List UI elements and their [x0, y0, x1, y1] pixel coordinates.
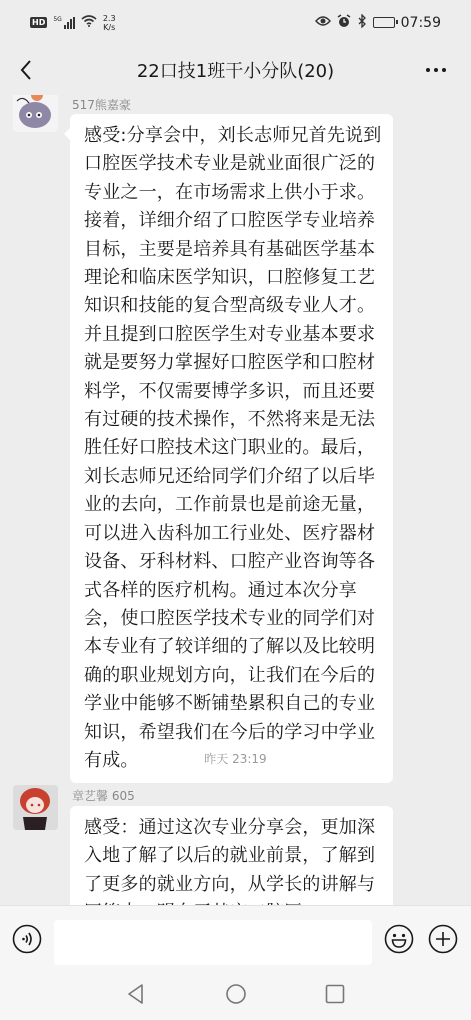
clock: 07:59: [401, 15, 441, 31]
input-bar: [0, 905, 471, 970]
plus-circle-icon: [428, 924, 458, 954]
message-bubble[interactable]: 感受:分享会中，刘长志师兄首先说到口腔医学技术专业是就业面很广泛的专业之一，在市…: [70, 114, 393, 783]
hd-icon: HD: [30, 17, 47, 28]
avatar[interactable]: [13, 785, 58, 830]
eye-icon: [315, 15, 331, 31]
message-bubble[interactable]: 感受：通过这次专业分享会，更加深入地了解了以后的就业前景，了解到了更多的就业方向…: [70, 806, 393, 905]
bluetooth-icon: [357, 14, 367, 32]
timestamp: 昨天 23:19: [0, 750, 471, 767]
status-bar: HD 5G 2.3 K/s 07:59: [0, 0, 471, 45]
system-nav-bar: [0, 970, 471, 1020]
sender-name: 章艺馨 605: [72, 787, 135, 804]
wifi-icon: [81, 15, 97, 31]
message-text: 感受:分享会中，刘长志师兄首先说到口腔医学技术专业是就业面很广泛的专业之一，在市…: [84, 125, 381, 771]
more-actions-button[interactable]: [428, 924, 458, 954]
nav-recent-icon: [323, 982, 347, 1006]
nav-recent-button[interactable]: [323, 982, 347, 1006]
more-horizontal-icon: [426, 68, 430, 72]
emoji-button[interactable]: [384, 924, 414, 954]
avatar[interactable]: [13, 95, 58, 132]
back-button[interactable]: [14, 55, 38, 85]
chevron-left-icon: [19, 59, 33, 81]
more-button[interactable]: [421, 57, 451, 83]
alarm-icon: [337, 14, 351, 32]
nav-back-button[interactable]: [124, 982, 148, 1006]
message-text: 感受：通过这次专业分享会，更加深入地了解了以后的就业前景，了解到了更多的就业方向…: [84, 817, 375, 905]
network-speed: 2.3 K/s: [103, 14, 116, 32]
status-left: HD 5G 2.3 K/s: [30, 14, 116, 32]
emoji-icon: [384, 924, 414, 954]
chat-messages[interactable]: 517熊嘉豪 感受:分享会中，刘长志师兄首先说到口腔医学技术专业是就业面很广泛的…: [0, 95, 471, 905]
chat-header: 22口技1班干小分队(20): [0, 45, 471, 95]
nav-back-icon: [124, 982, 148, 1006]
chat-title: 22口技1班干小分队(20): [137, 57, 334, 83]
nav-home-button[interactable]: [224, 982, 248, 1006]
signal-icon: 5G: [53, 17, 74, 29]
message-input[interactable]: [54, 920, 372, 965]
status-right: 07:59: [315, 14, 441, 32]
sender-name: 517熊嘉豪: [72, 96, 131, 113]
battery-icon: [373, 17, 395, 28]
voice-button[interactable]: [12, 924, 42, 954]
nav-home-icon: [224, 982, 248, 1006]
voice-icon: [12, 924, 42, 954]
